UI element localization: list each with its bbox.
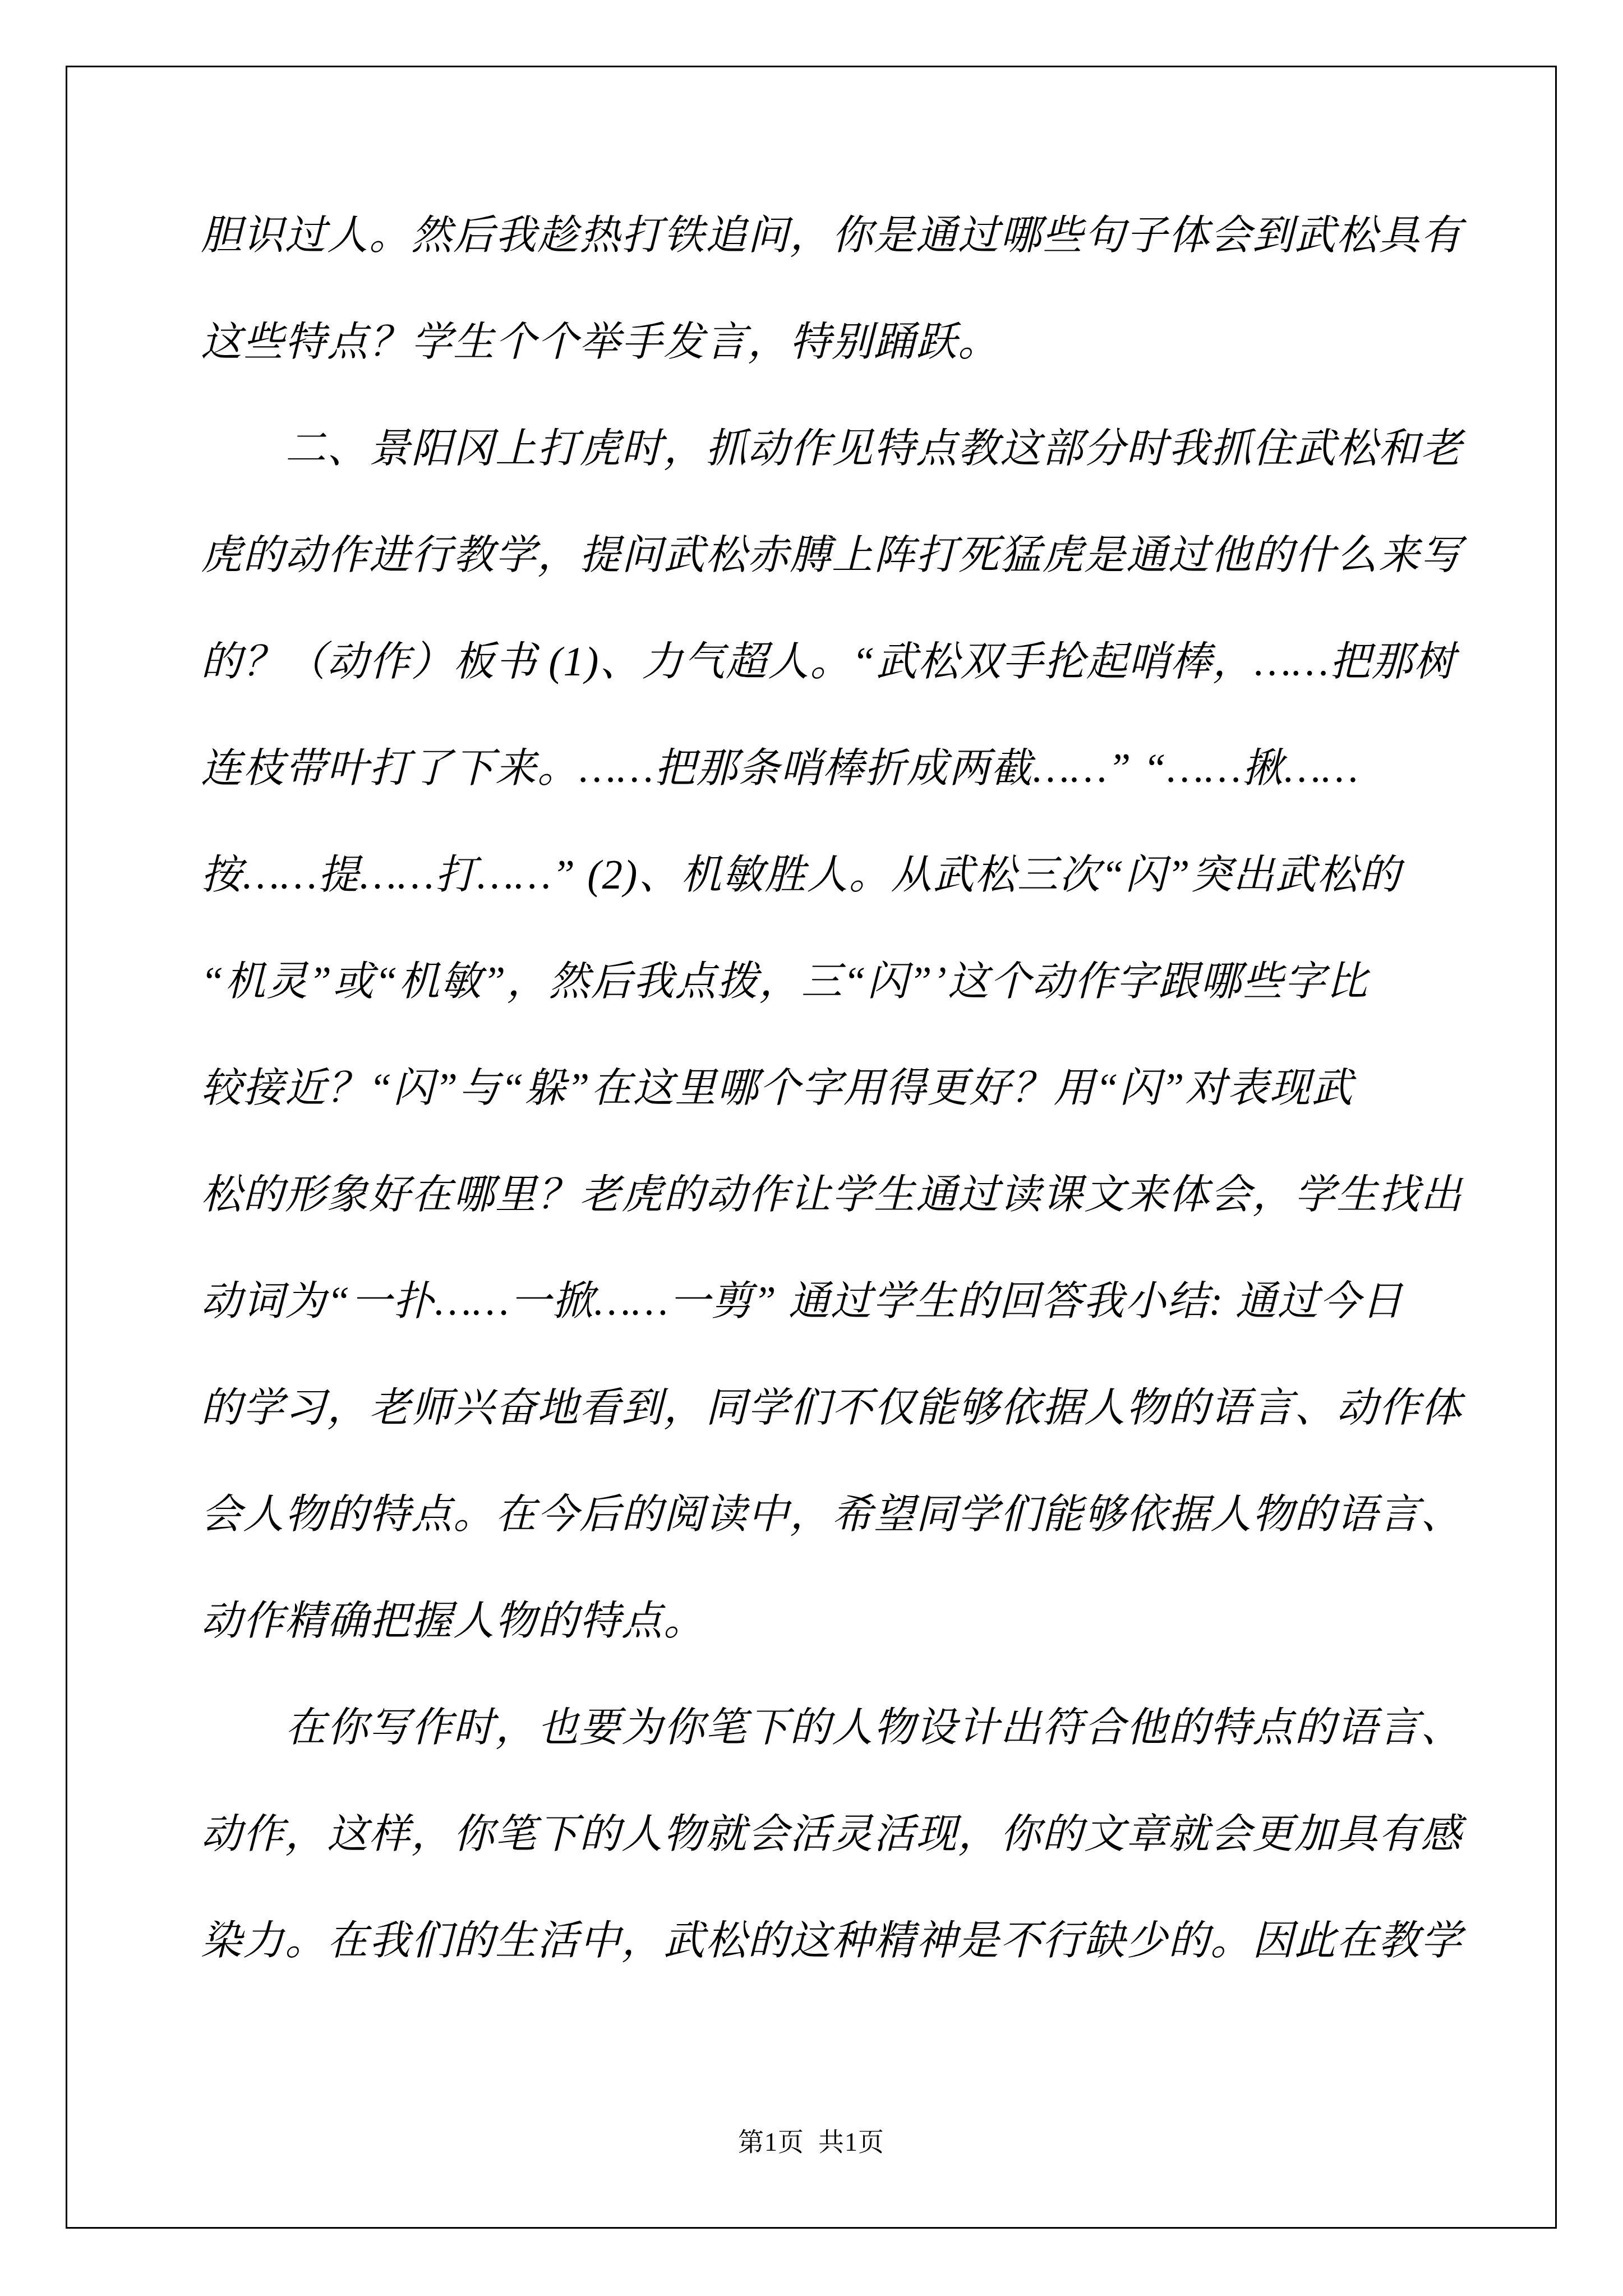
text-line: 胆识过人。然后我趁热打铁追问，你是通过哪些句子体会到武松具有 [201, 182, 1485, 289]
text-line: 按……提……打……” (2)、机敏胜人。从武松三次“闪”突出武松的 [201, 822, 1485, 928]
page-footer: 第1页 共1页 [66, 2122, 1557, 2159]
text-line: 连枝带叶打了下来。……把那条哨棒折成两截……” “……揪…… [201, 715, 1485, 822]
text-line: 这些特点？学生个个举手发言，特别踊跃。 [201, 289, 1485, 395]
body-text: 胆识过人。然后我趁热打铁追问，你是通过哪些句子体会到武松具有这些特点？学生个个举… [201, 182, 1485, 1994]
text-line: 的？（动作）板书 (1)、力气超人。“武松双手抡起哨棒，……把那树 [201, 609, 1485, 715]
text-line: 松的形象好在哪里？老虎的动作让学生通过读课文来体会，学生找出 [201, 1142, 1485, 1248]
text-line: 染力。在我们的生活中，武松的这种精神是不行缺少的。因此在教学 [201, 1888, 1485, 1994]
text-line: “机灵”或“机敏”，然后我点拨，三“闪”’这个动作字跟哪些字比 [201, 928, 1485, 1035]
text-line: 的学习，老师兴奋地看到，同学们不仅能够依据人物的语言、动作体 [201, 1355, 1485, 1461]
text-line: 二、景阳冈上打虎时，抓动作见特点教这部分时我抓住武松和老 [201, 395, 1485, 502]
text-line: 动词为“一扑……一掀……一剪” 通过学生的回答我小结: 通过今日 [201, 1248, 1485, 1355]
text-line: 会人物的特点。在今后的阅读中，希望同学们能够依据人物的语言、 [201, 1461, 1485, 1568]
text-line: 动作精确把握人物的特点。 [201, 1568, 1485, 1674]
text-line: 动作，这样，你笔下的人物就会活灵活现，你的文章就会更加具有感 [201, 1781, 1485, 1888]
text-line: 在你写作时，也要为你笔下的人物设计出符合他的特点的语言、 [201, 1674, 1485, 1781]
text-line: 较接近？“闪”与“躲”在这里哪个字用得更好？用“闪”对表现武 [201, 1035, 1485, 1142]
text-line: 虎的动作进行教学，提问武松赤膊上阵打死猛虎是通过他的什么来写 [201, 502, 1485, 609]
